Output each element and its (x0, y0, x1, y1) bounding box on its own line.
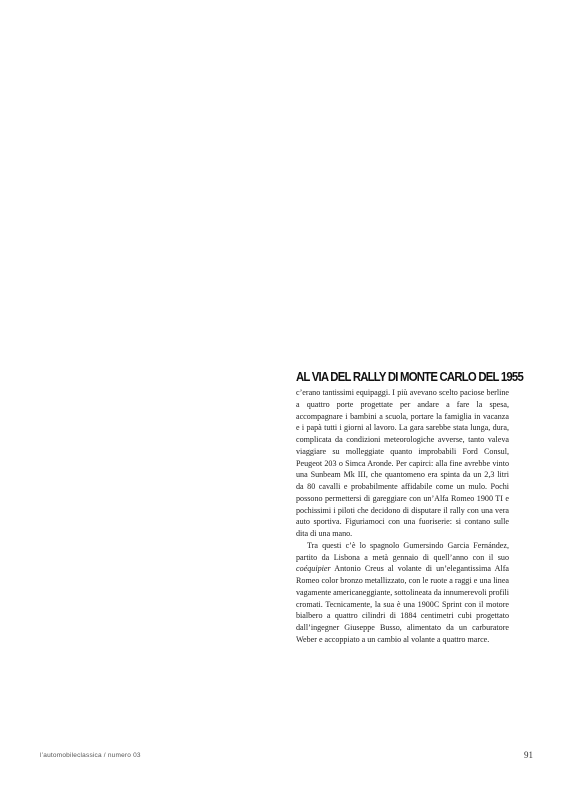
italic-term: coéquipier (296, 564, 331, 573)
paragraph-2-text-after: Antonio Creus al volante di un’elegantis… (296, 564, 509, 644)
article-column: AL VIA DEL RALLY DI MONTE CARLO DEL 1955… (296, 369, 509, 646)
article-paragraph-2: Tra questi c’è lo spagnolo Gumersindo Ga… (296, 540, 509, 646)
page-number: 91 (524, 750, 533, 760)
article-paragraph-1: c’erano tantissimi equipaggi. I più avev… (296, 387, 509, 540)
publication-footer: l’automobileclassica / numero 03 (40, 752, 141, 759)
article-headline: AL VIA DEL RALLY DI MONTE CARLO DEL 1955 (296, 369, 508, 385)
paragraph-2-text-before: Tra questi c’è lo spagnolo Gumersindo Ga… (296, 541, 509, 562)
